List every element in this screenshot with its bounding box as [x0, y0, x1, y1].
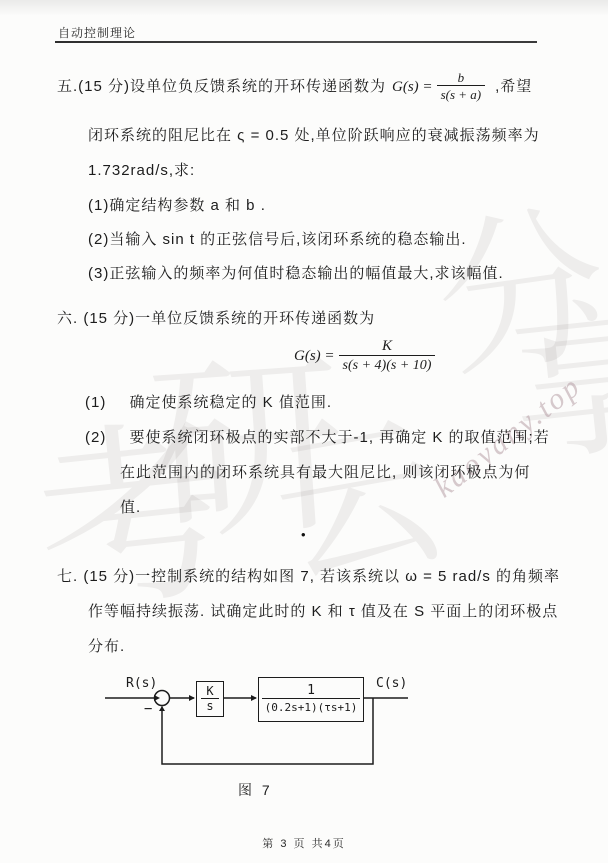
q6-item-1: (1) 确定使系统稳定的 K 值范围.: [85, 393, 332, 413]
block1-numerator: K: [201, 685, 218, 698]
q6-item-2-line-2: 在此范围内的闭环系统具有最大阻尼比, 则该闭环极点为何: [120, 463, 530, 483]
q5-line-2: 闭环系统的阻尼比在 ς = 0.5 处,单位阶跃响应的衰减振荡频率为: [88, 126, 540, 146]
scanned-exam-page: 考 研 云 分 享 kaoyany.top 自动控制理论 五.(15 分)设单位…: [0, 0, 608, 863]
q7-line-2: 作等幅持续振荡. 试确定此时的 K 和 τ 值及在 S 平面上的闭环极点: [88, 602, 558, 622]
watermark-calligraphy-char: 研: [143, 345, 351, 553]
block1-denominator: s: [201, 698, 218, 713]
arrowhead: [159, 706, 165, 711]
q5-item-2: (2)当输入 sin t 的正弦信号后,该闭环系统的稳态输出.: [88, 230, 467, 250]
q6-item-2-number: (2): [85, 429, 106, 446]
arrowhead: [189, 695, 195, 701]
q5-item-3: (3)正弦输入的频率为何值时稳态输出的幅值最大,求该幅值.: [88, 264, 504, 284]
arrowhead: [154, 695, 160, 701]
q6-item-2-line-1: (2) 要使系统闭环极点的实部不大于-1, 再确定 K 的取值范围;若: [85, 428, 550, 448]
page-title: 自动控制理论: [58, 24, 136, 41]
separator-dot: •: [301, 527, 306, 542]
header-rule: [55, 41, 537, 43]
block2-numerator: 1: [303, 684, 319, 698]
q5-formula-denominator: s(s + a): [437, 85, 486, 103]
q6-item-1-text: 确定使系统稳定的 K 值范围.: [112, 394, 333, 411]
q5-transfer-function-fraction: b s(s + a): [437, 70, 486, 103]
q5-lead-text: 五.(15 分)设单位负反馈系统的开环传递函数为: [57, 77, 386, 97]
q6-transfer-function-fraction: K s(s + 4)(s + 10): [339, 338, 436, 374]
q5-line-3: 1.732rad/s,求:: [88, 161, 195, 181]
q6-intro-line: 六. (15 分)一单位反馈系统的开环传递函数为: [57, 309, 375, 329]
q5-formula-lhs: G(s) =: [386, 77, 437, 97]
q6-item-2-text-1: 要使系统闭环极点的实部不大于-1, 再确定 K 的取值范围;若: [112, 429, 550, 446]
q7-line-1: 七. (15 分)一控制系统的结构如图 7, 若该系统以 ω = 5 rad/s…: [57, 567, 560, 587]
q6-item-1-number: (1): [85, 394, 106, 411]
q7-line-3: 分布.: [88, 637, 125, 657]
q6-formula-denominator: s(s + 4)(s + 10): [339, 355, 436, 374]
diagram-minus-sign: −: [144, 701, 152, 717]
figure-caption: 图 7: [238, 780, 273, 800]
arrowhead: [251, 695, 257, 701]
block-diagram-figure-7: R(s) − K s 1 (0.2s+1)(τs+1) C(s): [100, 670, 420, 770]
page-number-footer: 第 3 页 共4页: [0, 835, 608, 851]
q6-item-2-line-3: 值.: [120, 498, 141, 518]
q6-formula-lhs: G(s) =: [288, 346, 339, 366]
q5-item-1: (1)确定结构参数 a 和 b .: [88, 196, 266, 216]
watermark-calligraphy-char: 分: [427, 199, 608, 389]
q6-formula-numerator: K: [378, 338, 396, 355]
q5-intro-line: 五.(15 分)设单位负反馈系统的开环传递函数为 G(s) = b s(s + …: [57, 70, 532, 103]
q6-formula: G(s) = K s(s + 4)(s + 10): [288, 338, 435, 374]
scan-edge-shadow: [0, 0, 608, 16]
block2-denominator: (0.2s+1)(τs+1): [262, 698, 361, 715]
integrator-block-K-over-s: K s: [196, 681, 224, 717]
diagram-input-label: R(s): [126, 676, 157, 691]
diagram-output-label: C(s): [376, 676, 407, 691]
plant-block: 1 (0.2s+1)(τs+1): [258, 677, 364, 722]
q5-tail-text: ,希望: [485, 77, 532, 97]
q5-formula-numerator: b: [454, 70, 469, 85]
